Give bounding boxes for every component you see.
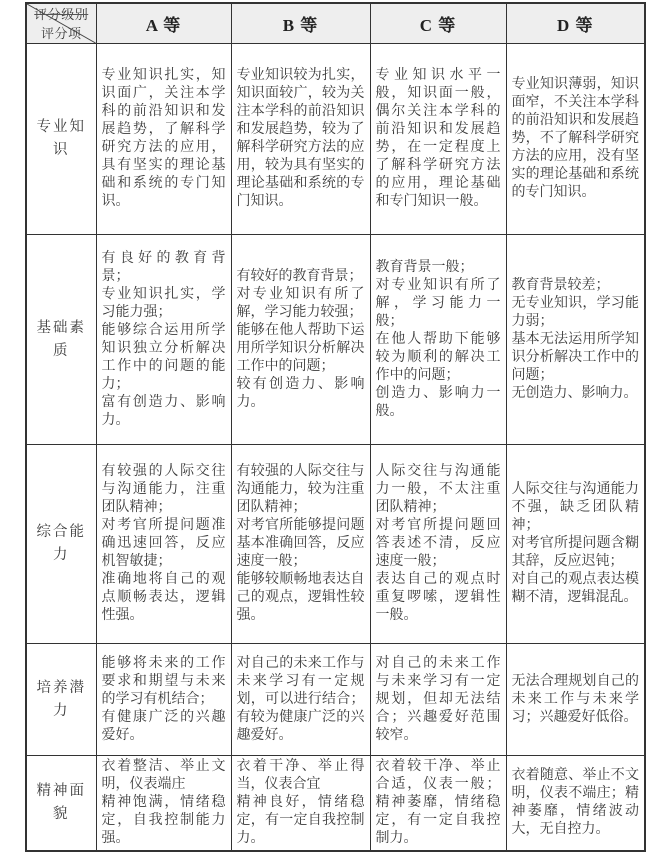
cell-r3-d: 人际交往与沟通能力不强，缺乏团队精神； 对考官所提问题含糊其辞，反应迟钝； 对自… bbox=[506, 445, 645, 644]
column-header-grade-b: B 等 bbox=[231, 3, 370, 44]
table-row-professional-knowledge: 专业知识 专业知识扎实，知识面广，关注本学科的前沿知识和发展趋势，了解科学研究方… bbox=[26, 44, 645, 235]
row-label: 基础素质 bbox=[26, 235, 96, 445]
page: 评分级别 评分项 A 等 B 等 C 等 D 等 专业知识 专业知识扎实，知识面… bbox=[0, 0, 649, 853]
cell-r4-d: 无法合理规划自己的未来工作与未来学习；兴趣爱好低俗。 bbox=[506, 644, 645, 756]
table-row-comprehensive-ability: 综合能力 有较强的人际交往与沟通能力，注重团队精神； 对考官所提问题准确迅速回答… bbox=[26, 445, 645, 644]
cell-r4-c: 对自己的未来工作与未来学习有一定规划，但却无法结合；兴趣爱好范围较窄。 bbox=[370, 644, 506, 756]
cell-r2-a: 有良好的教育背景； 专业知识扎实，学习能力强； 能够综合运用所学知识独立分析解决… bbox=[96, 235, 231, 445]
row-label: 精神面貌 bbox=[26, 756, 96, 852]
table-row-basic-quality: 基础素质 有良好的教育背景； 专业知识扎实，学习能力强； 能够综合运用所学知识独… bbox=[26, 235, 645, 445]
cell-r5-d: 衣着随意、举止不文明，仪表不端庄；精神萎靡，情绪波动大，无自控力。 bbox=[506, 756, 645, 852]
cell-r1-d: 专业知识薄弱，知识面窄，不关注本学科的前沿知识和发展趋势，不了解科学研究方法的应… bbox=[506, 44, 645, 235]
cell-r3-b: 有较强的人际交往与沟通能力，较为注重团队精神； 对考官所能够提问题基本准确回答，… bbox=[231, 445, 370, 644]
cell-r3-c: 人际交往与沟通能力一般，不太注重团队精神； 对考官所提问题回答表述不清，反应速度… bbox=[370, 445, 506, 644]
cell-r4-a: 能够将未来的工作要求和期望与未来的学习有机结合； 有健康广泛的兴趣爱好。 bbox=[96, 644, 231, 756]
cell-r5-c: 衣着较干净、举止合适，仪表一般；精神萎靡，情绪稳定，有一定自我控制力。 bbox=[370, 756, 506, 852]
column-header-grade-d: D 等 bbox=[506, 3, 645, 44]
cell-r5-a: 衣着整洁、举止文明，仪表端庄 精神饱满，情绪稳定，自我控制能力强。 bbox=[96, 756, 231, 852]
cell-r3-a: 有较强的人际交往与沟通能力，注重团队精神； 对考官所提问题准确迅速回答，反应机智… bbox=[96, 445, 231, 644]
header-row: 评分级别 评分项 A 等 B 等 C 等 D 等 bbox=[26, 3, 645, 44]
cell-r4-b: 对自己的未来工作与未来学习有一定规划，可以进行结合；有较为健康广泛的兴趣爱好。 bbox=[231, 644, 370, 756]
row-label: 专业知识 bbox=[26, 44, 96, 235]
table-row-development-potential: 培养潜力 能够将未来的工作要求和期望与未来的学习有机结合； 有健康广泛的兴趣爱好… bbox=[26, 644, 645, 756]
row-label: 综合能力 bbox=[26, 445, 96, 644]
cell-r1-a: 专业知识扎实，知识面广，关注本学科的前沿知识和发展趋势，了解科学研究方法的应用，… bbox=[96, 44, 231, 235]
corner-label-criterion: 评分项 bbox=[27, 24, 96, 43]
cell-r5-b: 衣着干净、举止得当，仪表合宜 精神良好，情绪稳定，有一定自我控制力。 bbox=[231, 756, 370, 852]
column-header-grade-c: C 等 bbox=[370, 3, 506, 44]
cell-r2-b: 有较好的教育背景； 对专业知识有所了解，学习能力较强； 能够在他人帮助下运用所学… bbox=[231, 235, 370, 445]
row-label: 培养潜力 bbox=[26, 644, 96, 756]
column-header-grade-a: A 等 bbox=[96, 3, 231, 44]
evaluation-rubric-table: 评分级别 评分项 A 等 B 等 C 等 D 等 专业知识 专业知识扎实，知识面… bbox=[25, 2, 646, 852]
table-row-mental-outlook: 精神面貌 衣着整洁、举止文明，仪表端庄 精神饱满，情绪稳定，自我控制能力强。 衣… bbox=[26, 756, 645, 852]
corner-label-grade: 评分级别 bbox=[27, 5, 96, 24]
cell-r1-c: 专业知识水平一般，知识面一般，偶尔关注本学科的前沿知识和发展趋势，在一定程度上了… bbox=[370, 44, 506, 235]
cell-r2-d: 教育背景较差； 无专业知识，学习能力弱； 基本无法运用所学知识分析解决工作中的问… bbox=[506, 235, 645, 445]
corner-header-cell: 评分级别 评分项 bbox=[26, 3, 96, 44]
cell-r1-b: 专业知识较为扎实，知识面较广，较为关注本学科的前沿知识和发展趋势，较为了解科学研… bbox=[231, 44, 370, 235]
cell-r2-c: 教育背景一般； 对专业知识有所了解，学习能力一般； 在他人帮助下能够较为顺利的解… bbox=[370, 235, 506, 445]
